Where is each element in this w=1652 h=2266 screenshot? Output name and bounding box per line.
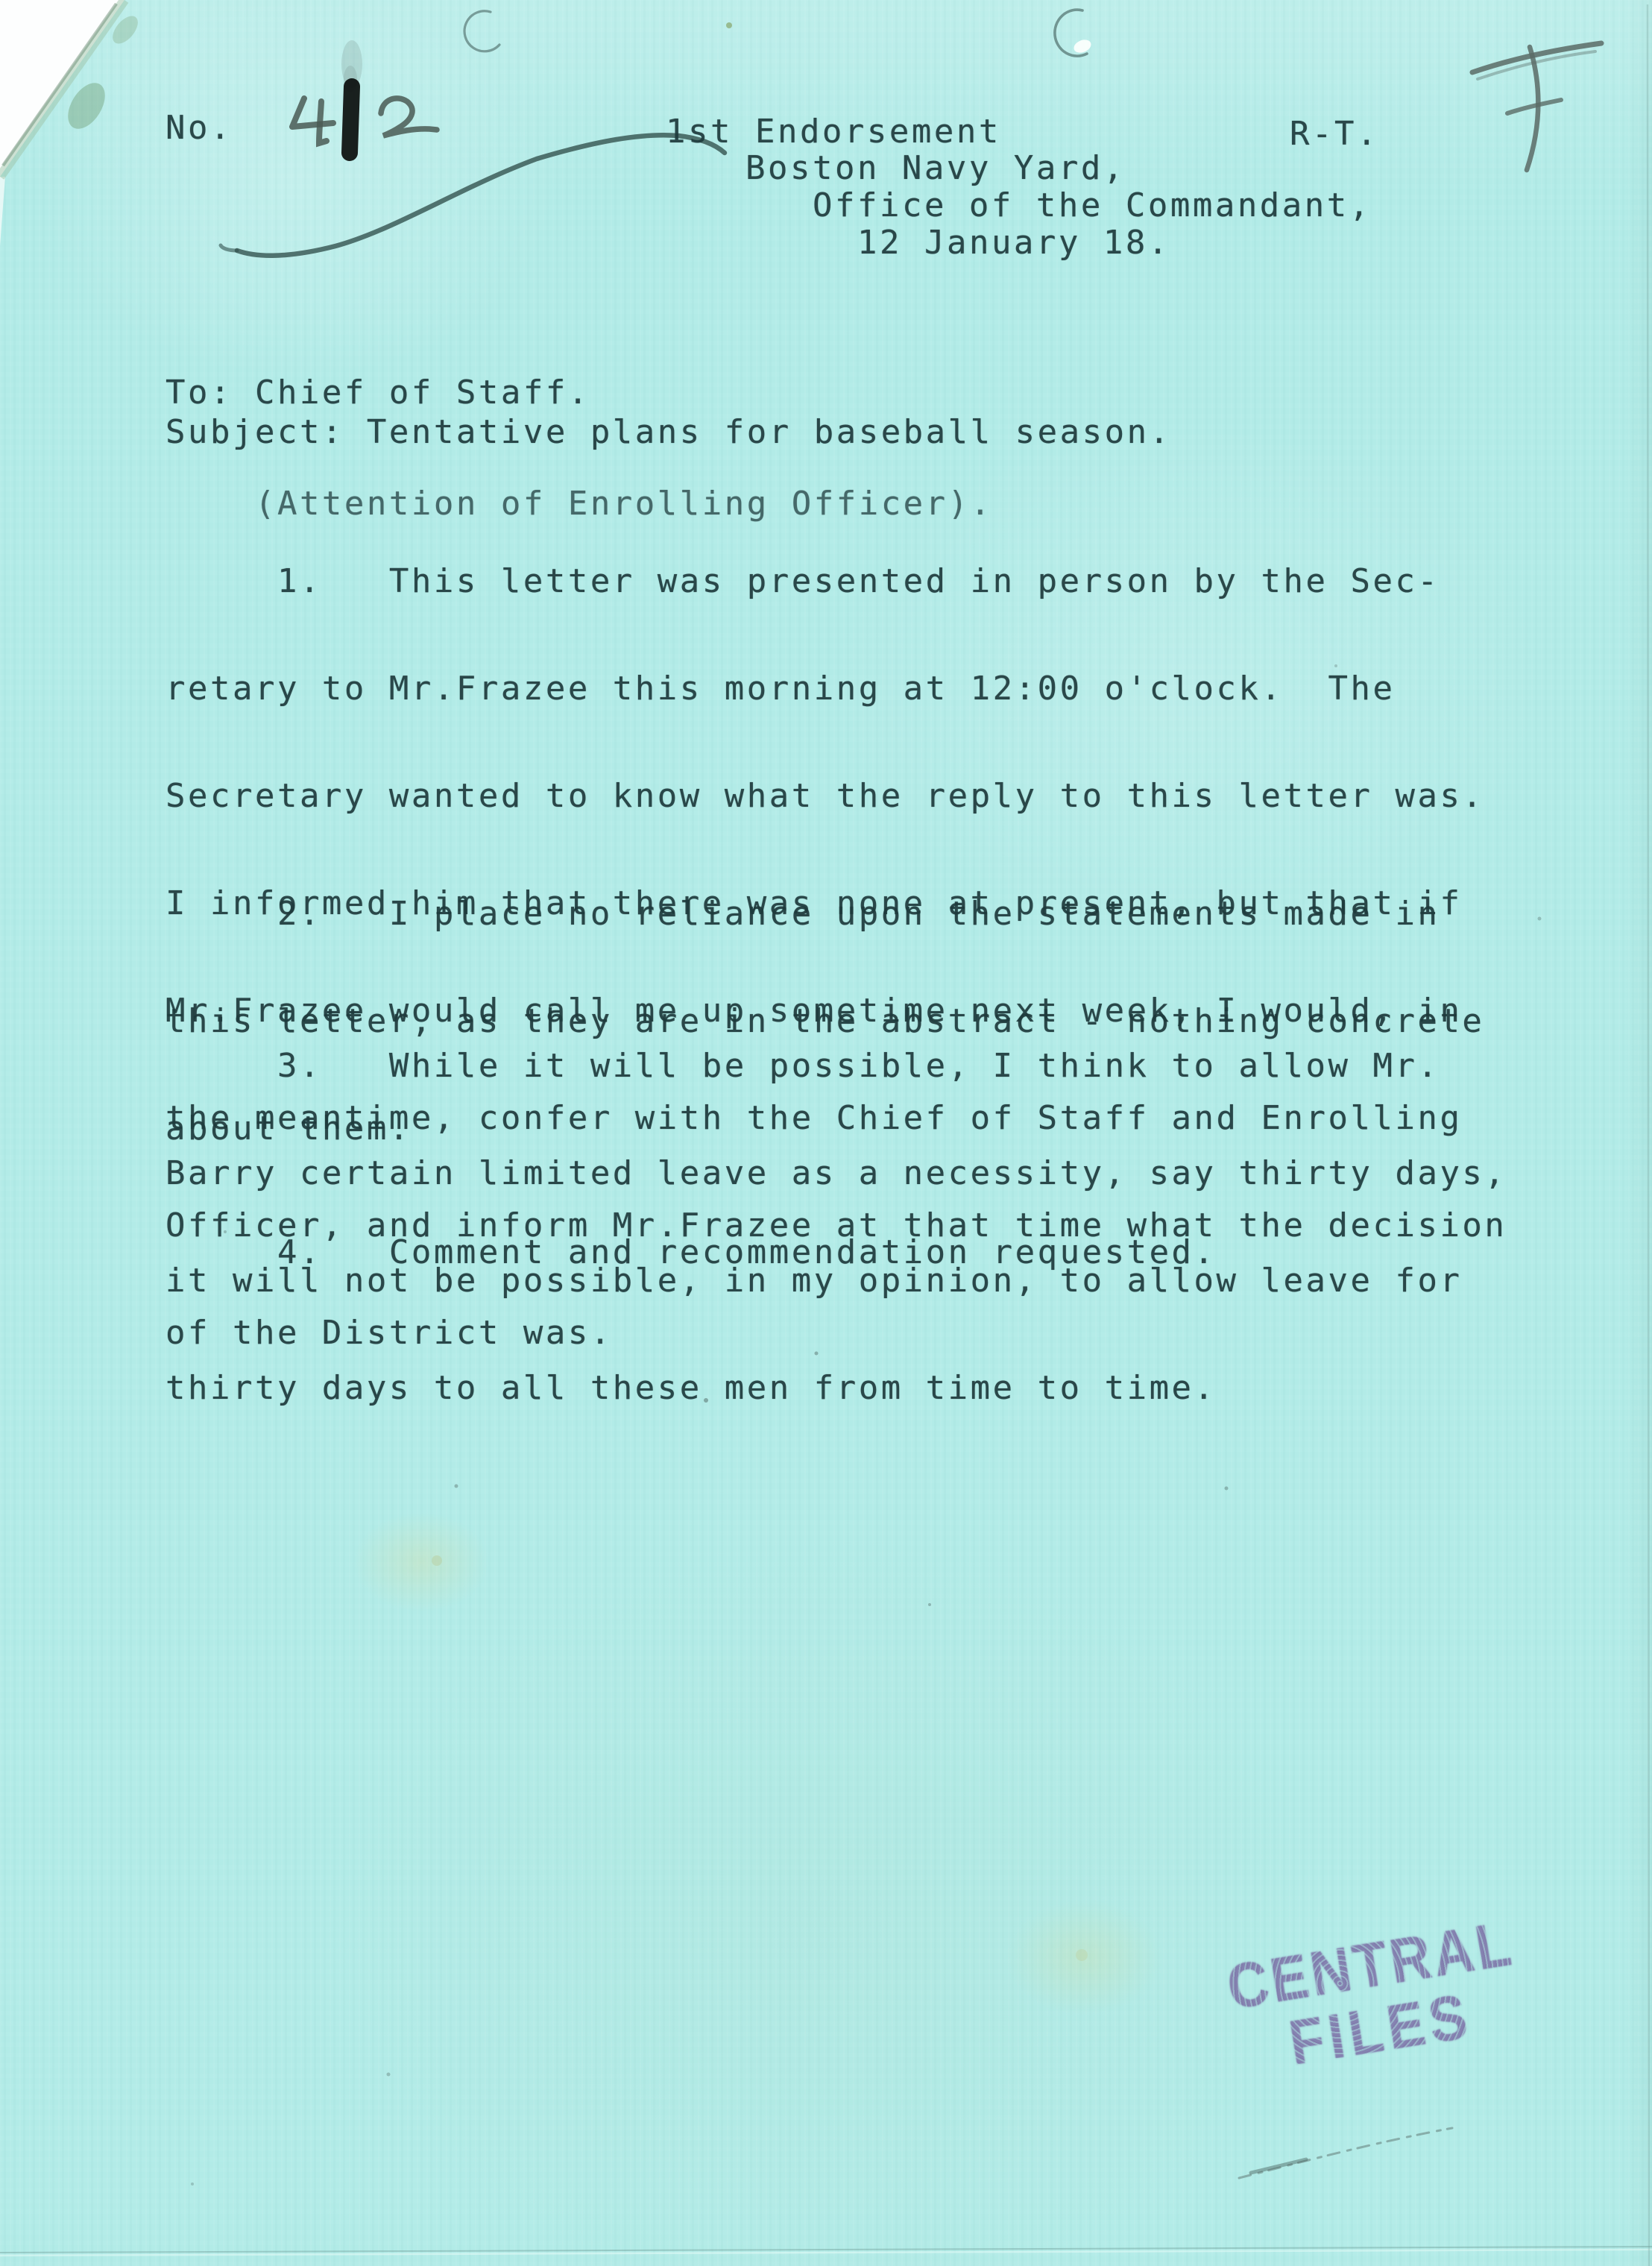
date-line: 12 January 18. (857, 225, 1170, 261)
typist-initials: R-T. (1290, 116, 1379, 152)
typed-line: Secretary wanted to know what the reply … (165, 778, 1507, 814)
scanned-document-page: No. 1st Endorsement R-T. Boston Navy Yar… (0, 0, 1652, 2266)
pencil-smudge (1239, 2128, 1452, 2178)
typed-line: thirty days to all these men from time t… (165, 1370, 1507, 1406)
typed-line: 3. While it will be possible, I think to… (165, 1048, 1507, 1084)
subject-line: Subject: Tentative plans for baseball se… (165, 415, 1172, 450)
typed-line: 2. I place no reliance upon the statemen… (165, 896, 1484, 932)
hole-punch-mark-right (1055, 10, 1093, 56)
file-number-label: No. (165, 110, 233, 146)
handwritten-file-number (292, 40, 437, 153)
typed-line: 4. Comment and recommendation requested. (165, 1235, 1217, 1271)
typed-line: 1. This letter was presented in person b… (165, 564, 1507, 599)
folded-corner (0, 0, 142, 246)
to-line: To: Chief of Staff. (165, 374, 993, 412)
endorsement-title: 1st Endorsement (666, 114, 1001, 150)
station-line: Boston Navy Yard, (745, 151, 1126, 186)
central-files-stamp: CENTRAL FILES (1203, 1908, 1548, 2088)
paragraph-4: 4. Comment and recommendation requested. (165, 1163, 1217, 1342)
typed-line: retary to Mr.Frazee this morning at 12:0… (165, 671, 1507, 707)
office-line: Office of the Commandant, (813, 188, 1372, 224)
hole-punch-mark-left (464, 11, 499, 51)
handwritten-letter-f (1472, 43, 1601, 170)
pencil-squiggle (221, 135, 725, 256)
